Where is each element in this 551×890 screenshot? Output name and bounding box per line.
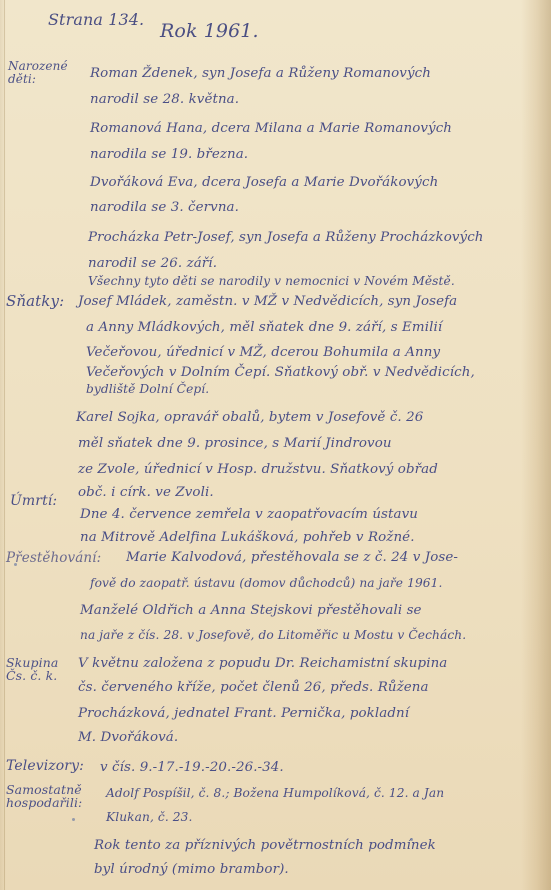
televisions-text: v čís. 9.-17.-19.-20.-26.-34. (100, 760, 284, 775)
births-label: Narozené děti: (8, 60, 68, 86)
farmers-label-line2: hospodařili: (6, 796, 82, 809)
marriages-line: a Anny Mládkových, měl sňatek dne 9. zář… (86, 320, 442, 335)
ink-spot (72, 818, 75, 821)
moving-line: na jaře z čís. 28. v Josefově, do Litomě… (80, 628, 466, 642)
farmers-line: Adolf Pospíšil, č. 8.; Božena Humpolíkov… (106, 786, 444, 800)
red-cross-line: M. Dvořáková. (78, 730, 178, 745)
red-cross-line: Procházková, jednatel Frant. Pernička, p… (78, 706, 409, 721)
red-cross-line: V květnu založena z popudu Dr. Reichamis… (78, 656, 447, 671)
farmers-label: Samostatně hospodařili: (6, 783, 82, 809)
births-line: narodila se 19. března. (90, 147, 248, 162)
marriages-line: Večeřovou, úřednicí v MŽ, dcerou Bohumil… (86, 345, 440, 360)
moving-label: Přestěhování: (6, 550, 101, 566)
births-line: Procházka Petr-Josef, syn Josefa a Růžen… (88, 230, 484, 245)
red-cross-label-line2: Čs. č. k. (6, 669, 58, 682)
births-line: narodil se 28. května. (90, 92, 239, 107)
marriages-line: Josef Mládek, zaměstn. v MŽ v Nedvědicíc… (78, 294, 457, 309)
marriages-line: Karel Sojka, opravář obalů, bytem v Jose… (76, 410, 423, 425)
marriages-label: Sňatky: (6, 292, 64, 310)
closing-line: byl úrodný (mimo brambor). (94, 862, 289, 877)
ink-spot (14, 563, 17, 566)
deaths-line: na Mitrově Adelfina Lukášková, pohřeb v … (80, 530, 415, 545)
red-cross-label: Skupina Čs. č. k. (6, 656, 58, 682)
marriages-line: bydliště Dolní Čepí. (86, 382, 209, 396)
moving-line: Marie Kalvodová, přestěhovala se z č. 24… (126, 550, 458, 565)
births-line: narodila se 3. června. (90, 200, 239, 215)
births-line: narodil se 26. září. (88, 256, 217, 271)
year-heading: Rok 1961. (160, 20, 259, 42)
moving-line: fově do zaopatř. ústavu (domov důchodců)… (90, 576, 443, 590)
births-label-line2: děti: (8, 73, 68, 86)
births-line: Všechny tyto děti se narodily v nemocnic… (88, 274, 455, 288)
deaths-label: Úmrtí: (10, 493, 57, 509)
chronicle-page: Strana 134. Rok 1961. Narozené děti: Rom… (0, 0, 551, 890)
televisions-label: Televizory: (6, 758, 84, 774)
deaths-line: Dne 4. července zemřela v zaopatřovacím … (80, 507, 418, 522)
marriages-line: obč. i círk. ve Zvoli. (78, 485, 214, 500)
red-cross-line: čs. červeného kříže, počet členů 26, pře… (78, 680, 429, 695)
ink-spot (410, 838, 413, 841)
moving-line: Manželé Oldřich a Anna Stejskovi přestěh… (80, 603, 422, 618)
births-line: Roman Ždenek, syn Josefa a Růženy Romano… (90, 66, 431, 81)
marriages-line: Večeřových v Dolním Čepí. Sňatkový obř. … (86, 365, 475, 380)
marriages-line: měl sňatek dne 9. prosince, s Marií Jind… (78, 436, 392, 451)
page-edge-line (4, 0, 5, 890)
closing-line: Rok tento za příznivých povětrnostních p… (94, 838, 436, 853)
marriages-line: ze Zvole, úřednicí v Hosp. družstvu. Sňa… (78, 462, 438, 477)
farmers-line: Klukan, č. 23. (106, 810, 192, 824)
births-line: Dvořáková Eva, dcera Josefa a Marie Dvoř… (90, 175, 438, 190)
page-number-label: Strana 134. (48, 10, 144, 29)
births-line: Romanová Hana, dcera Milana a Marie Roma… (90, 121, 452, 136)
